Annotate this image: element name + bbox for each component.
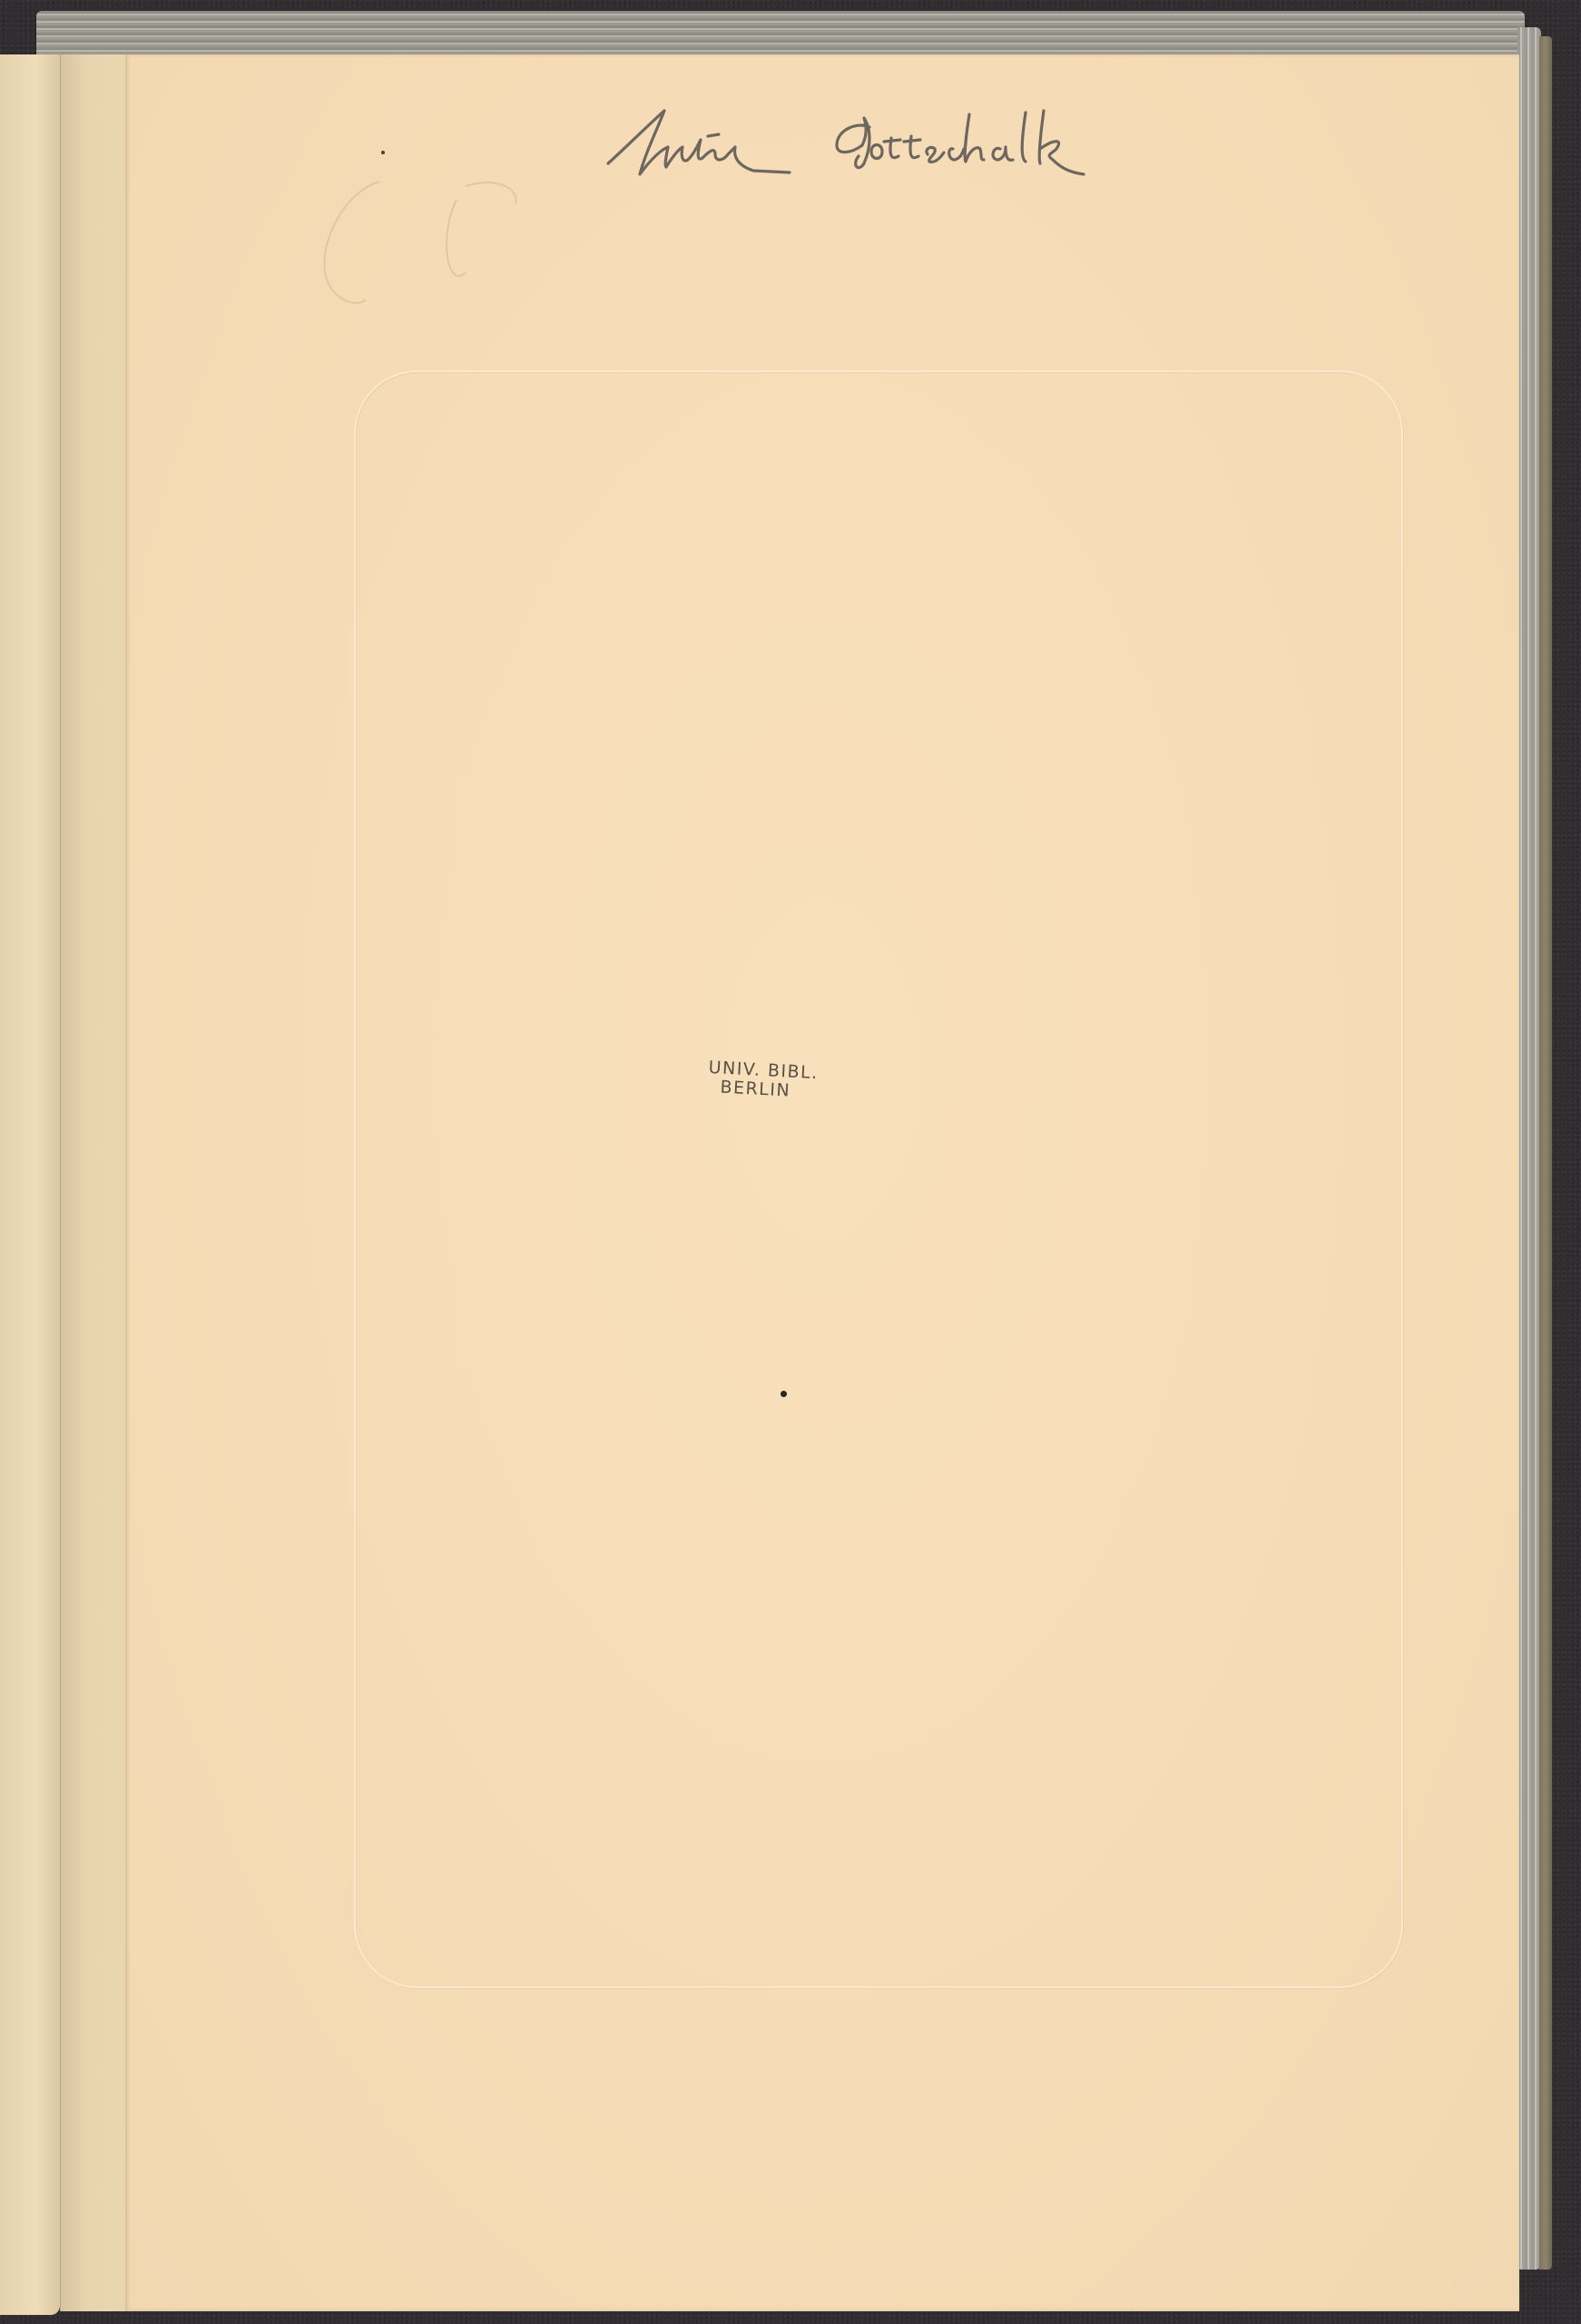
- binding-gutter: [60, 54, 126, 2311]
- faint-pencil-mark: [293, 163, 529, 327]
- embossed-plate-mark: [354, 370, 1403, 1988]
- facing-leaf: [0, 54, 60, 2315]
- page-edges-top: [36, 11, 1525, 54]
- signature-strokes: [599, 102, 1162, 192]
- library-stamp: UNIV. BIBL. BERLIN: [707, 1059, 854, 1104]
- ink-speck: [381, 151, 385, 154]
- page-edges-right: [1517, 27, 1541, 2270]
- flyleaf-page: [125, 54, 1519, 2311]
- handwritten-signature: Walter Gottschalk: [599, 102, 1162, 192]
- book-cover-edge: [1539, 36, 1552, 2270]
- ink-speck: [781, 1391, 787, 1397]
